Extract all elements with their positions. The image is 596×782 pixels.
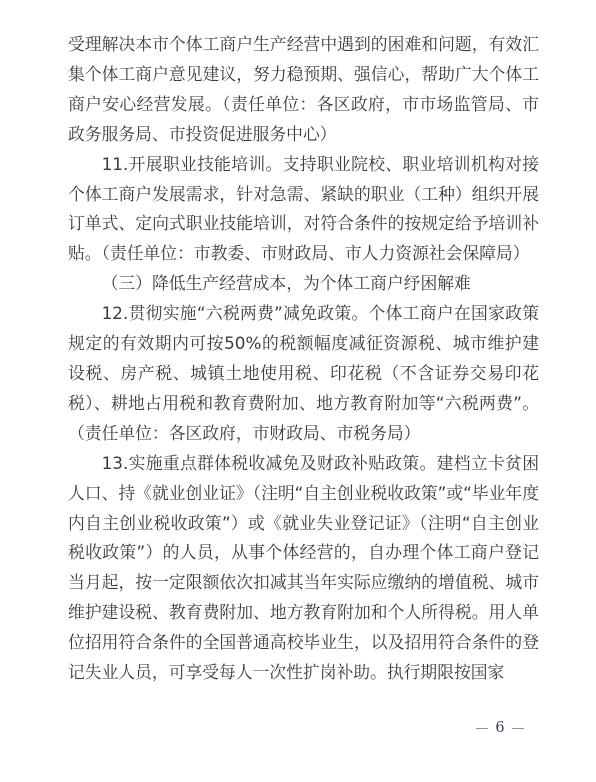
page-number: — 6 — bbox=[468, 721, 532, 736]
page-number-dash-right: — bbox=[512, 722, 525, 735]
document-page: 受理解决本市个体工商户生产经营中遇到的困难和问题，有效汇集个体工商户意见建议，努… bbox=[0, 0, 596, 782]
document-body: 受理解决本市个体工商户生产经营中遇到的困难和问题，有效汇集个体工商户意见建议，努… bbox=[68, 30, 539, 688]
section-heading-3: （三）降低生产经营成本，为个体工商户纾困解难 bbox=[68, 269, 539, 299]
paragraph-item-13: 13.实施重点群体税收减免及财政补贴政策。建档立卡贫困人口、持《就业创业证》（注… bbox=[68, 449, 539, 688]
paragraph-continuation: 受理解决本市个体工商户生产经营中遇到的困难和问题，有效汇集个体工商户意见建议，努… bbox=[68, 30, 539, 150]
page-number-value: 6 bbox=[495, 721, 504, 736]
paragraph-item-11: 11.开展职业技能培训。支持职业院校、职业培训机构对接个体工商户发展需求，针对急… bbox=[68, 150, 539, 270]
paragraph-item-12: 12.贯彻实施“六税两费”减免政策。个体工商户在国家政策规定的有效期内可按50%… bbox=[68, 299, 539, 449]
page-number-dash-left: — bbox=[475, 722, 488, 735]
